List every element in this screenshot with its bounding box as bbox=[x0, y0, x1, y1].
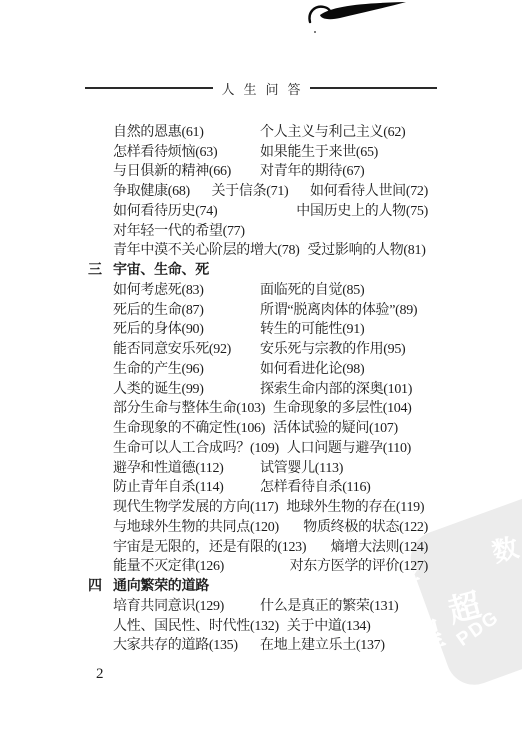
toc-row: 与地球外生物的共同点(120)物质终极的状态(122) bbox=[113, 516, 428, 536]
toc-row: 怎样看待烦恼(63)如果能生于来世(65) bbox=[113, 141, 428, 161]
toc-row: 生命可以人工合成吗？(109)人口问题与避孕(110) bbox=[113, 437, 428, 457]
toc-row: 争取健康(68)关于信条(71)如何看待人世间(72) bbox=[113, 180, 428, 200]
toc-row: 生命现象的不确定性(106)活体试验的疑问(107) bbox=[113, 417, 428, 437]
toc-item: 能量不灭定律(126) bbox=[113, 555, 260, 575]
toc-item: 防止青年自杀(114) bbox=[113, 476, 260, 496]
toc-row: 死后的生命(87)所谓“脱离肉体的体验”(89) bbox=[113, 299, 428, 319]
toc-item: 人口问题与避孕(110) bbox=[287, 437, 411, 457]
toc-row: 能否同意安乐死(92)安乐死与宗教的作用(95) bbox=[113, 338, 428, 358]
toc-item: 怎样看待自杀(116) bbox=[260, 476, 371, 496]
toc-item: 地球外生物的存在(119) bbox=[286, 496, 424, 516]
toc-item: 所谓“脱离肉体的体验”(89) bbox=[260, 299, 417, 319]
toc-item: 关于信条(71) bbox=[211, 180, 288, 200]
toc-row: 如何考虑死(83)面临死的自觉(85) bbox=[113, 279, 428, 299]
toc-item: 能否同意安乐死(92) bbox=[113, 338, 260, 358]
toc-item: 对青年的期待(67) bbox=[260, 160, 364, 180]
page-header-title: 人生问答 bbox=[213, 79, 310, 98]
toc-item: 青年中漠不关心阶层的增大(78) bbox=[113, 239, 308, 259]
header-rule-left bbox=[85, 87, 213, 89]
toc-row: 对年轻一代的希望(77) bbox=[113, 220, 428, 240]
toc-item: 转生的可能性(91) bbox=[260, 318, 364, 338]
header-rule-right bbox=[310, 87, 438, 89]
toc-item: 与地球外生物的共同点(120) bbox=[113, 516, 287, 536]
section-number: 四 bbox=[88, 575, 113, 595]
toc-rows: 自然的恩惠(61)个人主义与利己主义(62)怎样看待烦恼(63)如果能生于来世(… bbox=[113, 121, 428, 654]
toc-item: 个人主义与利己主义(62) bbox=[260, 121, 405, 141]
toc-item: 关于中道(134) bbox=[287, 615, 371, 635]
toc-row: 现代生物学发展的方向(117)地球外生物的存在(119) bbox=[113, 496, 428, 516]
toc-row: 自然的恩惠(61)个人主义与利己主义(62) bbox=[113, 121, 428, 141]
toc-item: 人类的诞生(99) bbox=[113, 378, 260, 398]
ink-smudge-mark bbox=[292, 1, 410, 37]
toc-row: 能量不灭定律(126)对东方医学的评价(127) bbox=[113, 556, 428, 576]
toc-item: 培育共同意识(129) bbox=[113, 595, 260, 615]
page-number: 2 bbox=[96, 666, 103, 683]
toc-row: 大家共存的道路(135)在地上建立乐土(137) bbox=[113, 635, 428, 655]
section-heading-row: 四通向繁荣的道路 bbox=[113, 575, 428, 595]
toc-item: 生命现象的多层性(104) bbox=[273, 397, 411, 417]
running-header: 人生问答 bbox=[85, 80, 437, 96]
toc-item: 试管婴儿(113) bbox=[260, 457, 343, 477]
toc-item: 如何考虑死(83) bbox=[113, 279, 260, 299]
book-page: 超 星 数 字 PDG 人生问答 自然的恩惠(61)个人主义与利己主义(62)怎… bbox=[0, 0, 522, 756]
toc-item: 大家共存的道路(135) bbox=[113, 634, 260, 654]
toc-item: 如何看待人世间(72) bbox=[310, 180, 428, 200]
toc-item: 什么是真正的繁荣(131) bbox=[260, 595, 398, 615]
toc-item: 部分生命与整体生命(103) bbox=[113, 397, 273, 417]
toc-item: 熵增大法则(124) bbox=[331, 536, 428, 556]
toc-item: 如何看进化论(98) bbox=[260, 358, 364, 378]
toc-item: 人性、国民性、时代性(132) bbox=[113, 615, 287, 635]
toc-item: 活体试验的疑问(107) bbox=[273, 417, 398, 437]
toc-row: 防止青年自杀(114)怎样看待自杀(116) bbox=[113, 477, 428, 497]
toc-item: 死后的身体(90) bbox=[113, 318, 260, 338]
toc-item: 怎样看待烦恼(63) bbox=[113, 141, 260, 161]
toc-item: 宇宙是无限的，还是有限的(123) bbox=[113, 536, 314, 556]
toc-item: 物质终极的状态(122) bbox=[303, 516, 428, 536]
section-heading-row: 三宇宙、生命、死 bbox=[113, 259, 428, 279]
toc-row: 培育共同意识(129)什么是真正的繁荣(131) bbox=[113, 595, 428, 615]
toc-item: 面临死的自觉(85) bbox=[260, 279, 364, 299]
toc-item: 中国历史上的人物(75) bbox=[296, 200, 428, 220]
toc-item: 生命可以人工合成吗？(109) bbox=[113, 437, 287, 457]
toc-item: 对东方医学的评价(127) bbox=[290, 555, 428, 575]
toc-item: 探索生命内部的深奥(101) bbox=[260, 378, 412, 398]
toc-item: 避孕和性道德(112) bbox=[113, 457, 260, 477]
toc-row: 部分生命与整体生命(103)生命现象的多层性(104) bbox=[113, 398, 428, 418]
toc-item: 如何看待历史(74) bbox=[113, 200, 260, 220]
toc-row: 人性、国民性、时代性(132)关于中道(134) bbox=[113, 615, 428, 635]
toc-item: 对年轻一代的希望(77) bbox=[113, 220, 245, 240]
toc-row: 避孕和性道德(112)试管婴儿(113) bbox=[113, 457, 428, 477]
toc-row: 死后的身体(90)转生的可能性(91) bbox=[113, 319, 428, 339]
toc-row: 如何看待历史(74)中国历史上的人物(75) bbox=[113, 200, 428, 220]
toc-item: 争取健康(68) bbox=[113, 180, 190, 200]
toc-row: 生命的产生(96)如何看进化论(98) bbox=[113, 358, 428, 378]
toc-item: 如果能生于来世(65) bbox=[260, 141, 378, 161]
section-number: 三 bbox=[88, 259, 113, 279]
toc-row: 与日俱新的精神(66)对青年的期待(67) bbox=[113, 161, 428, 181]
toc-row: 青年中漠不关心阶层的增大(78)受过影响的人物(81) bbox=[113, 240, 428, 260]
toc-item: 现代生物学发展的方向(117) bbox=[113, 496, 286, 516]
toc-item: 受过影响的人物(81) bbox=[308, 239, 426, 259]
section-title: 通向繁荣的道路 bbox=[113, 575, 209, 595]
toc-item: 在地上建立乐土(137) bbox=[260, 634, 385, 654]
toc-item: 生命现象的不确定性(106) bbox=[113, 417, 273, 437]
toc-row: 宇宙是无限的，还是有限的(123)熵增大法则(124) bbox=[113, 536, 428, 556]
toc-item: 死后的生命(87) bbox=[113, 299, 260, 319]
toc-row: 人类的诞生(99)探索生命内部的深奥(101) bbox=[113, 378, 428, 398]
toc-item: 自然的恩惠(61) bbox=[113, 121, 260, 141]
toc-item: 安乐死与宗教的作用(95) bbox=[260, 338, 405, 358]
toc-item: 与日俱新的精神(66) bbox=[113, 160, 260, 180]
section-title: 宇宙、生命、死 bbox=[113, 259, 209, 279]
toc-item: 生命的产生(96) bbox=[113, 358, 260, 378]
